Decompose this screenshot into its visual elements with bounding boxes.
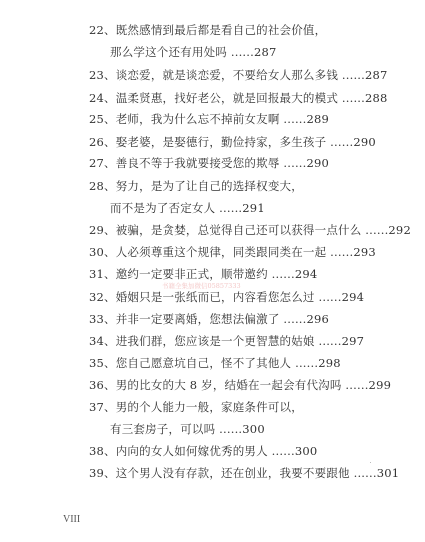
watermark: 书籍全集加微信05857333	[162, 281, 241, 290]
toc-entry: 32、婚姻只是一张纸而已，内容看您怎么过 ......294	[89, 290, 364, 304]
toc-entry: 35、您自己愿意坑自己，怪不了其他人 ......298	[89, 356, 341, 370]
toc-entry: 26、娶老婆，是娶德行，勤俭持家，多生孩子 ......290	[89, 135, 376, 149]
toc-entry: 33、并非一定要离婚，您想法偏激了 ......296	[89, 312, 329, 326]
toc-entry: 39、这个男人没有存款，还在创业，我要不要跟他 ......301	[89, 466, 399, 480]
toc-entry: 那么学这个还有用处吗 ......287	[110, 45, 277, 59]
toc-entry: 27、善良不等于我就要接受您的欺辱 ......290	[89, 156, 329, 170]
toc-entry: 而不是为了否定女人 ......291	[110, 201, 265, 215]
page-number: VIII	[63, 514, 80, 525]
toc-entry: 37、男的个人能力一般，家庭条件可以，	[89, 400, 303, 414]
toc-entry: 36、男的比女的大 8 岁，结婚在一起会有代沟吗 ......299	[89, 378, 391, 392]
toc-entry: 31、邀约一定要非正式，顺带邀约 ......294	[89, 267, 317, 281]
scan-speck	[370, 462, 371, 463]
toc-entry: 23、谈恋爱，就是谈恋爱，不要给女人那么多钱 ......287	[89, 68, 388, 82]
toc-entry: 29、被骗，是贪婪，总觉得自己还可以获得一点什么 ......292	[89, 223, 411, 237]
toc-entry: 30、人必须尊重这个规律，同类跟同类在一起 ......293	[89, 245, 376, 259]
toc-entry: 38、内向的女人如何嫁优秀的男人 ......300	[89, 444, 317, 458]
toc-entry: 22、既然感情到最后都是看自己的社会价值，	[89, 23, 326, 37]
toc-entry: 有三套房子，可以吗 ......300	[110, 422, 265, 436]
toc-entry: 28、努力，是为了让自己的选择权变大，	[89, 179, 303, 193]
table-of-contents: 22、既然感情到最后都是看自己的社会价值，那么学这个还有用处吗 ......28…	[0, 0, 425, 542]
toc-entry: 34、进我们群，您应该是一个更智慧的姑娘 ......297	[89, 334, 364, 348]
toc-entry: 24、温柔贤惠，找好老公，就是回报最大的模式 ......288	[89, 91, 388, 105]
toc-entry: 25、老师，我为什么忘不掉前女友啊 ......289	[89, 112, 329, 126]
